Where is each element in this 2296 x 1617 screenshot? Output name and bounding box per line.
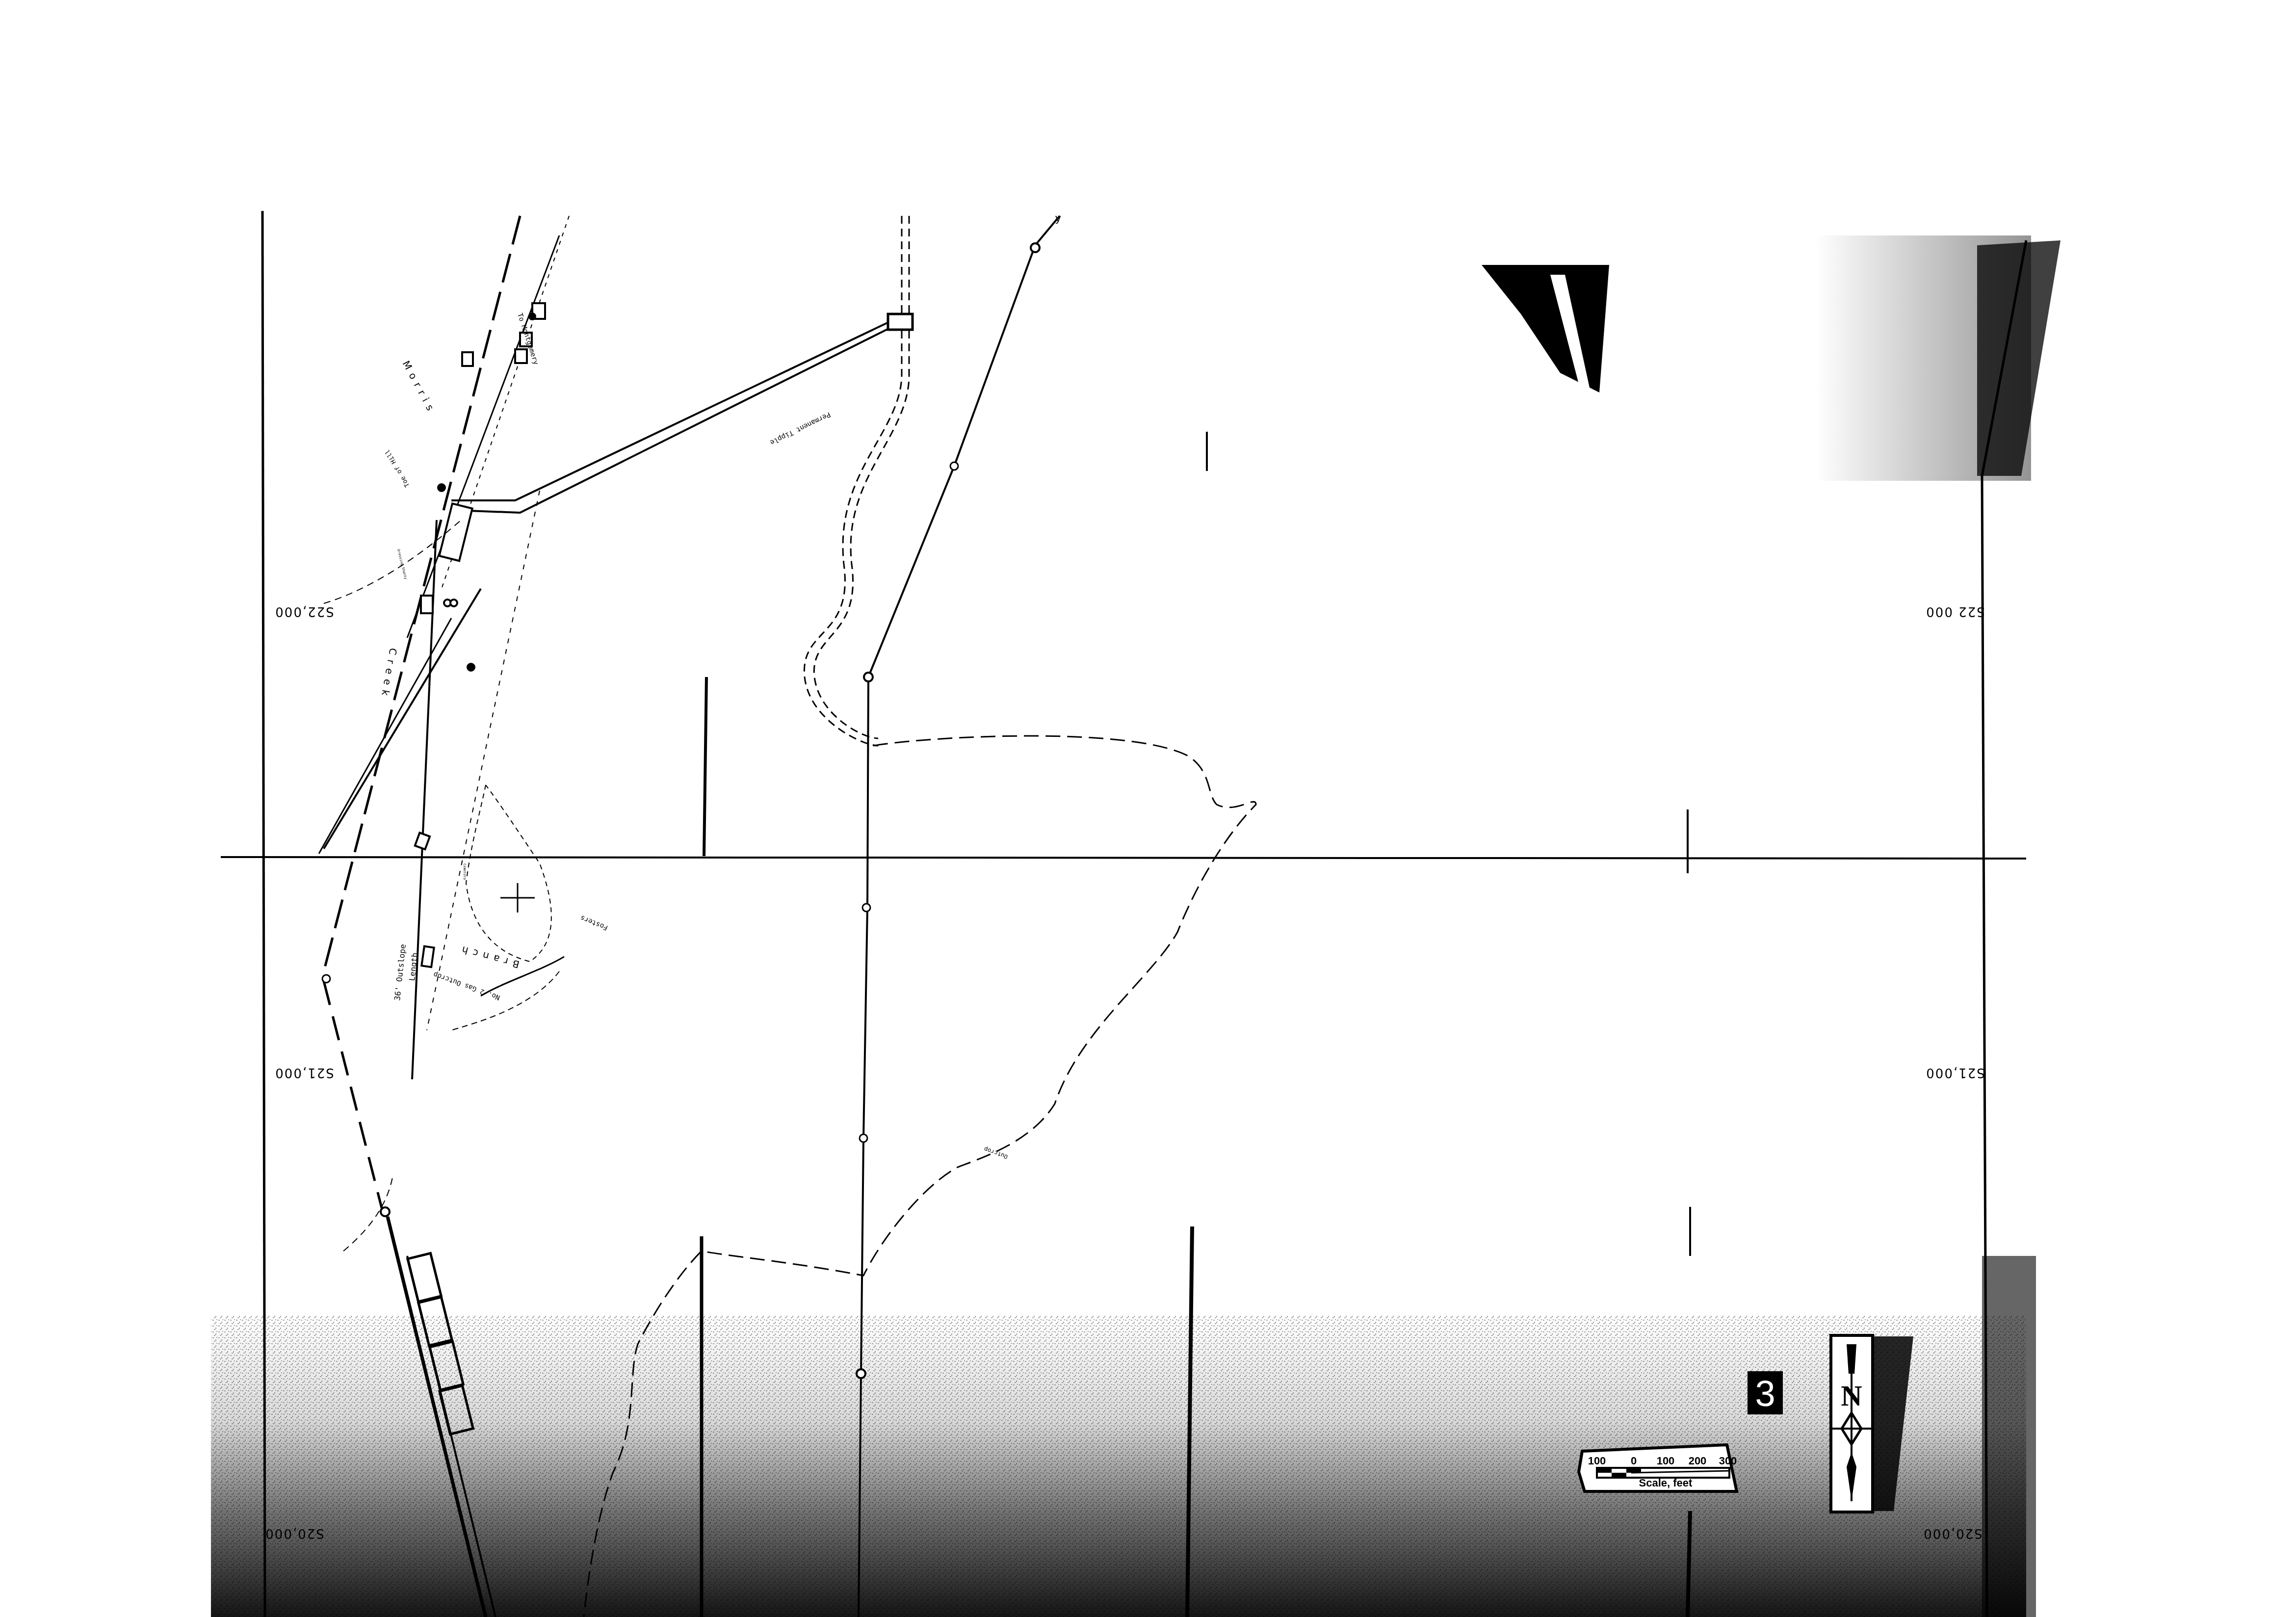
grid-label-s21000-right: S21,000 bbox=[1925, 1065, 1984, 1080]
scale-tick-0: 100 bbox=[1588, 1455, 1606, 1467]
scale-caption: Scale, feet bbox=[1639, 1477, 1693, 1489]
sheet-number: 3 bbox=[1755, 1373, 1775, 1414]
survey-station bbox=[950, 462, 958, 470]
mine-survey-map: S22,000 S21,000 S20,000 S22 000 S21,000 … bbox=[0, 0, 2296, 1617]
label-length: Length bbox=[407, 952, 419, 981]
tipple-head bbox=[888, 314, 913, 330]
survey-station bbox=[1031, 243, 1040, 252]
sheet-number-badge: 3 bbox=[1748, 1371, 1783, 1414]
survey-station bbox=[857, 1369, 865, 1378]
label-branch: Branch bbox=[456, 942, 521, 970]
scale-tick-1: 0 bbox=[1631, 1455, 1637, 1467]
scale-tick-4: 300 bbox=[1719, 1455, 1737, 1467]
cemetery bbox=[451, 785, 564, 1030]
scan-shading bbox=[211, 235, 2061, 1617]
grid-label-s22000-right: S22 000 bbox=[1925, 604, 1984, 619]
label-toe-of-hill: Toe of Hill bbox=[384, 448, 411, 488]
label-outslope: 36' Outslope bbox=[392, 943, 408, 1001]
survey-station bbox=[864, 673, 873, 681]
building-11 bbox=[421, 596, 433, 613]
building-58 bbox=[515, 349, 527, 363]
survey-station bbox=[860, 1134, 867, 1142]
label-creek-name: Morris bbox=[400, 359, 439, 417]
label-dressing-shanty: Dressing Shanty bbox=[396, 549, 408, 580]
survey-station bbox=[862, 904, 870, 912]
label-tipple: Permanent Tipple bbox=[769, 410, 832, 446]
grid-label-s20000-left: S20,000 bbox=[264, 1526, 324, 1540]
torn-corner bbox=[1482, 265, 1609, 392]
label-cemetery: Cemetery bbox=[463, 863, 467, 880]
road bbox=[804, 216, 909, 746]
label-gas-outcrop: No. 2 Gas Outcrop bbox=[432, 970, 501, 1001]
grid-label-s22000-left: S22,000 bbox=[274, 604, 334, 619]
dressing-shanty bbox=[439, 503, 472, 561]
scale-bar: 100 0 100 200 300 Scale, feet bbox=[1579, 1445, 1737, 1491]
label-survey-mark: y bbox=[1055, 212, 1061, 225]
grid-label-s20000-right: S20,000 bbox=[1923, 1526, 1982, 1540]
scale-tick-3: 200 bbox=[1689, 1455, 1707, 1467]
creek-line bbox=[324, 520, 461, 1251]
grid-label-s21000-left: S21,000 bbox=[274, 1065, 334, 1080]
feature-labels: Morris Creek Toe of Hill To Montgomery P… bbox=[378, 212, 1061, 1160]
label-fosters: Fosters bbox=[579, 913, 609, 932]
scale-tick-2: 100 bbox=[1657, 1455, 1675, 1467]
building-53 bbox=[462, 352, 473, 366]
north-label: N bbox=[1841, 1380, 1862, 1412]
